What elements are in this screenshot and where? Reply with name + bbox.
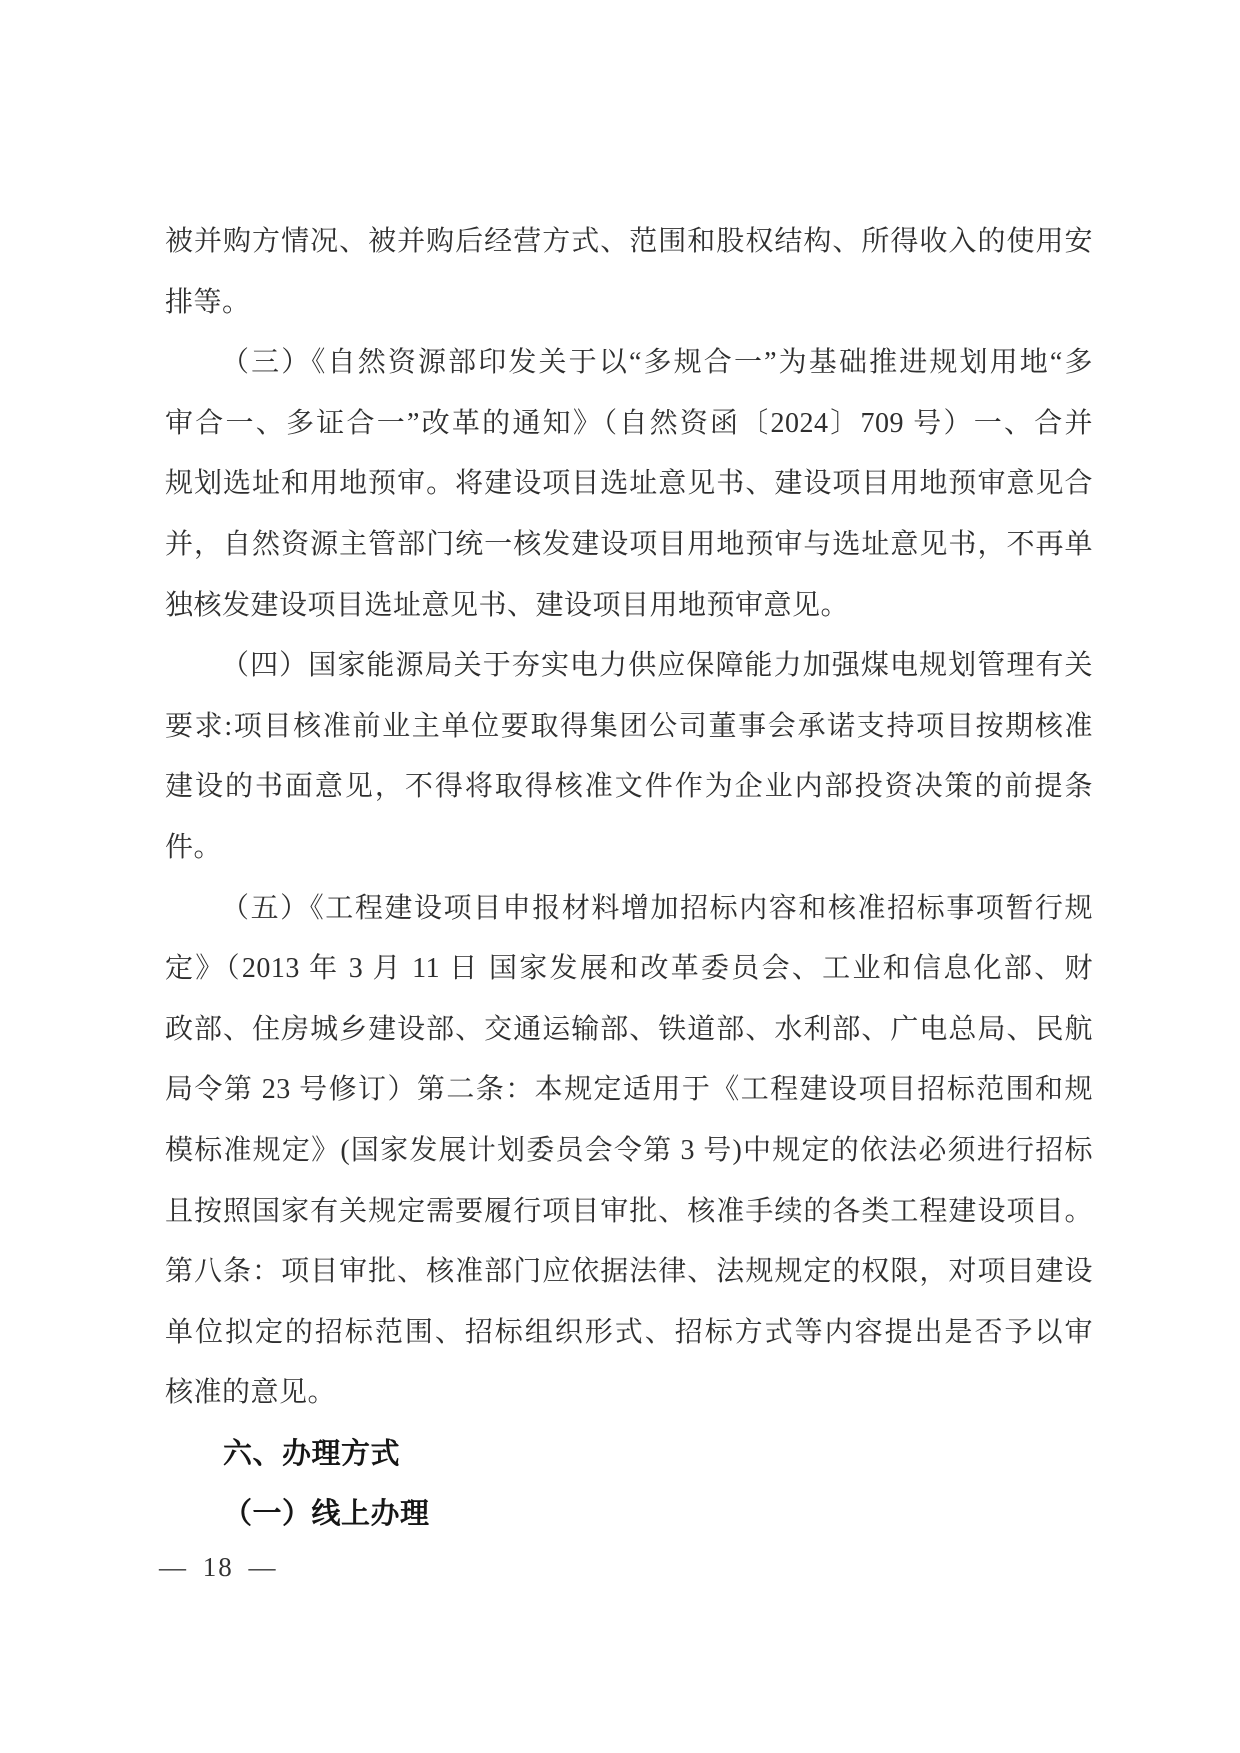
body-line: 定》（2013 年 3 月 11 日 国家发展和改革委员会、工业和信息化部、财 (165, 939, 1093, 1000)
body-line: （三）《自然资源部印发关于以“多规合一”为基础推进规划用地“多 (165, 333, 1093, 394)
body-line: （五）《工程建设项目申报材料增加招标内容和核准招标事项暂行规 (165, 879, 1093, 940)
document-page: 被并购方情况、被并购后经营方式、范围和股权结构、所得收入的使用安 排等。 （三）… (0, 0, 1240, 1753)
body-line: 件。 (165, 818, 1093, 879)
body-line: 局令第 23 号修订）第二条：本规定适用于《工程建设项目招标范围和规 (165, 1060, 1093, 1121)
subsection-heading: （一）线上办理 (165, 1484, 1093, 1545)
body-line: 第八条：项目审批、核准部门应依据法律、法规规定的权限，对项目建设 (165, 1242, 1093, 1303)
body-line: 排等。 (165, 273, 1093, 334)
body-line: 建设的书面意见，不得将取得核准文件作为企业内部投资决策的前提条 (165, 757, 1093, 818)
document-body: 被并购方情况、被并购后经营方式、范围和股权结构、所得收入的使用安 排等。 （三）… (165, 212, 1093, 1545)
body-line: 核准的意见。 (165, 1363, 1093, 1424)
body-line: 单位拟定的招标范围、招标组织形式、招标方式等内容提出是否予以审批、 (165, 1303, 1093, 1364)
body-line: 要求:项目核准前业主单位要取得集团公司董事会承诺支持项目按期核准 (165, 697, 1093, 758)
body-line: 被并购方情况、被并购后经营方式、范围和股权结构、所得收入的使用安 (165, 212, 1093, 273)
body-line: 模标准规定》(国家发展计划委员会令第 3 号)中规定的依法必须进行招标 (165, 1121, 1093, 1182)
body-line: 规划选址和用地预审。将建设项目选址意见书、建设项目用地预审意见合 (165, 454, 1093, 515)
body-line: 且按照国家有关规定需要履行项目审批、核准手续的各类工程建设项目。 (165, 1182, 1093, 1243)
body-line: 审合一、多证合一”改革的通知》（自然资函〔2024〕709 号）一、合并 (165, 394, 1093, 455)
body-line: 并，自然资源主管部门统一核发建设项目用地预审与选址意见书，不再单 (165, 515, 1093, 576)
page-number: — 18 — (159, 1549, 278, 1585)
body-line: （四）国家能源局关于夯实电力供应保障能力加强煤电规划管理有关 (165, 636, 1093, 697)
section-heading: 六、办理方式 (165, 1424, 1093, 1485)
body-line: 政部、住房城乡建设部、交通运输部、铁道部、水利部、广电总局、民航 (165, 1000, 1093, 1061)
body-line: 独核发建设项目选址意见书、建设项目用地预审意见。 (165, 576, 1093, 637)
